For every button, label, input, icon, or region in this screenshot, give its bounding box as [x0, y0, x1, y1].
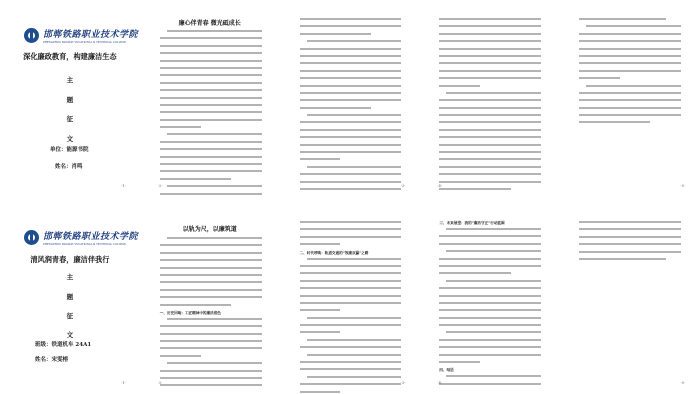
page-number: -2-	[158, 381, 163, 385]
body-text: 一、历史回响：工匠精神中的廉洁底色	[160, 237, 262, 392]
body-text	[439, 18, 541, 195]
school-name-en: ZHENGZHOU RAILWAY VOCATIONAL & TECHNICAL…	[43, 41, 138, 44]
body-text	[579, 221, 681, 265]
page-number: -2-	[158, 184, 163, 188]
cover-label-char: 文	[0, 134, 140, 143]
name-label: 姓名：宋雯榕	[35, 355, 68, 363]
page-number: -5-	[680, 184, 685, 188]
cover-label-char: 征	[0, 311, 140, 320]
school-name-cn: 邯郸铁路职业技术学院	[43, 229, 138, 242]
body-text: 二、时代呼唤：轨道交通的“效廉双赢”之路	[300, 221, 402, 394]
cover-label-char: 征	[0, 114, 140, 123]
essay2-page-2[interactable]: 以轨为尺，以廉筑道 一、历史回响：工匠精神中的廉洁底色 -2-	[140, 197, 280, 394]
page-number: -3-	[401, 184, 406, 188]
class-label: 班级：铁道机车 24A1	[35, 340, 91, 348]
school-logo: 邯郸铁路职业技术学院 ZHENGZHOU RAILWAY VOCATIONAL …	[24, 229, 138, 246]
name-label: 姓名：肖鸣	[55, 162, 83, 170]
school-name-cn: 邯郸铁路职业技术学院	[43, 27, 138, 40]
essay1-page-5[interactable]: -5-	[559, 0, 699, 197]
section-heading: 四、结语	[439, 368, 541, 372]
essay-title: 廉心伴青春 微光砥成长	[140, 18, 280, 27]
essay1-page-3[interactable]: -3-	[280, 0, 420, 197]
essay1-row: 邯郸铁路职业技术学院 ZHENGZHOU RAILWAY VOCATIONAL …	[0, 0, 699, 197]
cover-title: 清风润青春，廉洁伴我行	[0, 255, 140, 265]
school-logo: 邯郸铁路职业技术学院 ZHENGZHOU RAILWAY VOCATIONAL …	[24, 27, 138, 44]
essay2-row: 邯郸铁路职业技术学院 ZHENGZHOU RAILWAY VOCATIONAL …	[0, 197, 699, 394]
body-text	[160, 30, 262, 197]
essay2-cover-page[interactable]: 邯郸铁路职业技术学院 ZHENGZHOU RAILWAY VOCATIONAL …	[0, 197, 140, 394]
essay1-cover-page[interactable]: 邯郸铁路职业技术学院 ZHENGZHOU RAILWAY VOCATIONAL …	[0, 0, 140, 197]
essay1-page-4[interactable]: -4-	[419, 0, 559, 197]
cover-label-char: 文	[0, 330, 140, 339]
page-number: -1-	[121, 184, 126, 188]
cover-label-char: 主	[0, 75, 140, 84]
essay1-page-2[interactable]: 廉心伴青春 微光砥成长 -2-	[140, 0, 280, 197]
body-text	[579, 18, 681, 129]
section-heading: 二、时代呼唤：轨道交通的“效廉双赢”之路	[300, 251, 402, 255]
page-number: -1-	[121, 381, 126, 385]
page-number: -3-	[401, 381, 406, 385]
essay2-page-3[interactable]: 二、时代呼唤：轨道交通的“效廉双赢”之路 -3-	[280, 197, 420, 394]
school-emblem-icon	[24, 28, 39, 43]
cover-label-char: 题	[0, 292, 140, 301]
page-number: -5-	[680, 381, 685, 385]
page-number: -4-	[437, 381, 442, 385]
essay-title: 以轨为尺，以廉筑道	[140, 224, 280, 233]
body-text: 三、未来展望：我的“廉洁守正”行动蓝图 四、结语	[439, 221, 541, 390]
unit-label: 单位：能源书院	[50, 145, 89, 153]
school-name-en: ZHENGZHOU RAILWAY VOCATIONAL & TECHNICAL…	[43, 243, 138, 246]
essay2-page-4[interactable]: 三、未来展望：我的“廉洁守正”行动蓝图 四、结语 -4-	[419, 197, 559, 394]
section-heading: 一、历史回响：工匠精神中的廉洁底色	[160, 311, 262, 315]
cover-label-char: 主	[0, 272, 140, 281]
cover-label-char: 题	[0, 95, 140, 104]
body-text	[300, 18, 402, 195]
section-heading: 三、未来展望：我的“廉洁守正”行动蓝图	[439, 221, 541, 225]
essay2-page-5[interactable]: -5-	[559, 197, 699, 394]
cover-title: 深化廉政教育，构建廉洁生态	[0, 52, 140, 62]
page-number: -4-	[437, 184, 442, 188]
school-emblem-icon	[24, 230, 39, 245]
